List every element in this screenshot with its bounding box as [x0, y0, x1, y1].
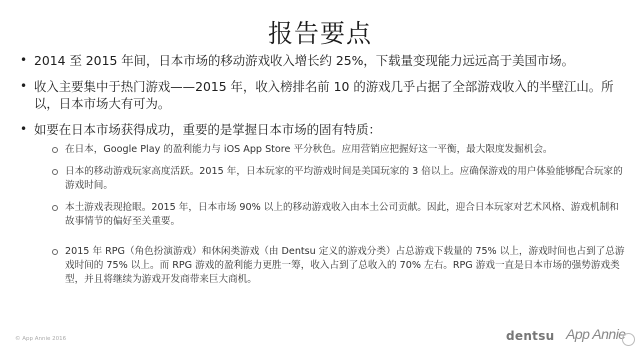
- sub-bullet-item: 2015 年 RPG（角色扮演游戏）和休闲类游戏（由 Dentsu 定义的游戏分…: [52, 245, 628, 287]
- bullet-text: 2014 至 2015 年间，日本市场的移动游戏收入增长约 25%，下载量变现能…: [34, 53, 574, 68]
- bullet-text: 如要在日本市场获得成功，重要的是掌握日本市场的固有特质：: [34, 122, 381, 137]
- sub-bullet-list: 在日本，Google Play 的盈利能力与 iOS App Store 平分秋…: [52, 143, 628, 287]
- sub-bullet-text: 日本的移动游戏玩家高度活跃。2015 年，日本玩家的平均游戏时间是美国玩家的 3…: [65, 166, 623, 191]
- hollow-circle-bullet-icon: [52, 169, 58, 175]
- bullet-item: • 2014 至 2015 年间，日本市场的移动游戏收入增长约 25%，下载量变…: [18, 52, 628, 69]
- sub-bullet-text: 2015 年 RPG（角色扮演游戏）和休闲类游戏（由 Dentsu 定义的游戏分…: [65, 246, 624, 285]
- sub-bullet-item: 本土游戏表现抢眼。2015 年，日本市场 90% 以上的移动游戏收入由本土公司贡…: [52, 201, 628, 229]
- app-annie-logo: App Annie: [566, 326, 626, 342]
- bullet-item: • 如要在日本市场获得成功，重要的是掌握日本市场的固有特质： 在日本，Googl…: [18, 121, 628, 287]
- sub-bullet-text: 在日本，Google Play 的盈利能力与 iOS App Store 平分秋…: [65, 144, 553, 155]
- app-annie-badge-icon: [622, 333, 635, 346]
- hollow-circle-bullet-icon: [52, 147, 58, 153]
- bullet-dot-icon: •: [20, 121, 27, 138]
- sub-bullet-item: 在日本，Google Play 的盈利能力与 iOS App Store 平分秋…: [52, 143, 628, 157]
- bullet-dot-icon: •: [20, 78, 27, 95]
- hollow-circle-bullet-icon: [52, 249, 58, 255]
- bullet-item: • 收入主要集中于热门游戏——2015 年，收入榜排名前 10 的游戏几乎占据了…: [18, 78, 628, 112]
- hollow-circle-bullet-icon: [52, 205, 58, 211]
- slide-title: 报告要点: [0, 14, 640, 50]
- bullet-text: 收入主要集中于热门游戏——2015 年，收入榜排名前 10 的游戏几乎占据了全部…: [34, 79, 614, 111]
- dentsu-logo: dentsu: [506, 329, 555, 343]
- bullet-dot-icon: •: [20, 52, 27, 69]
- sub-bullet-item: 日本的移动游戏玩家高度活跃。2015 年，日本玩家的平均游戏时间是美国玩家的 3…: [52, 165, 628, 193]
- copyright-text: © App Annie 2016: [15, 336, 66, 342]
- bullet-list: • 2014 至 2015 年间，日本市场的移动游戏收入增长约 25%，下载量变…: [18, 52, 628, 296]
- sub-bullet-text: 本土游戏表现抢眼。2015 年，日本市场 90% 以上的移动游戏收入由本土公司贡…: [65, 202, 619, 227]
